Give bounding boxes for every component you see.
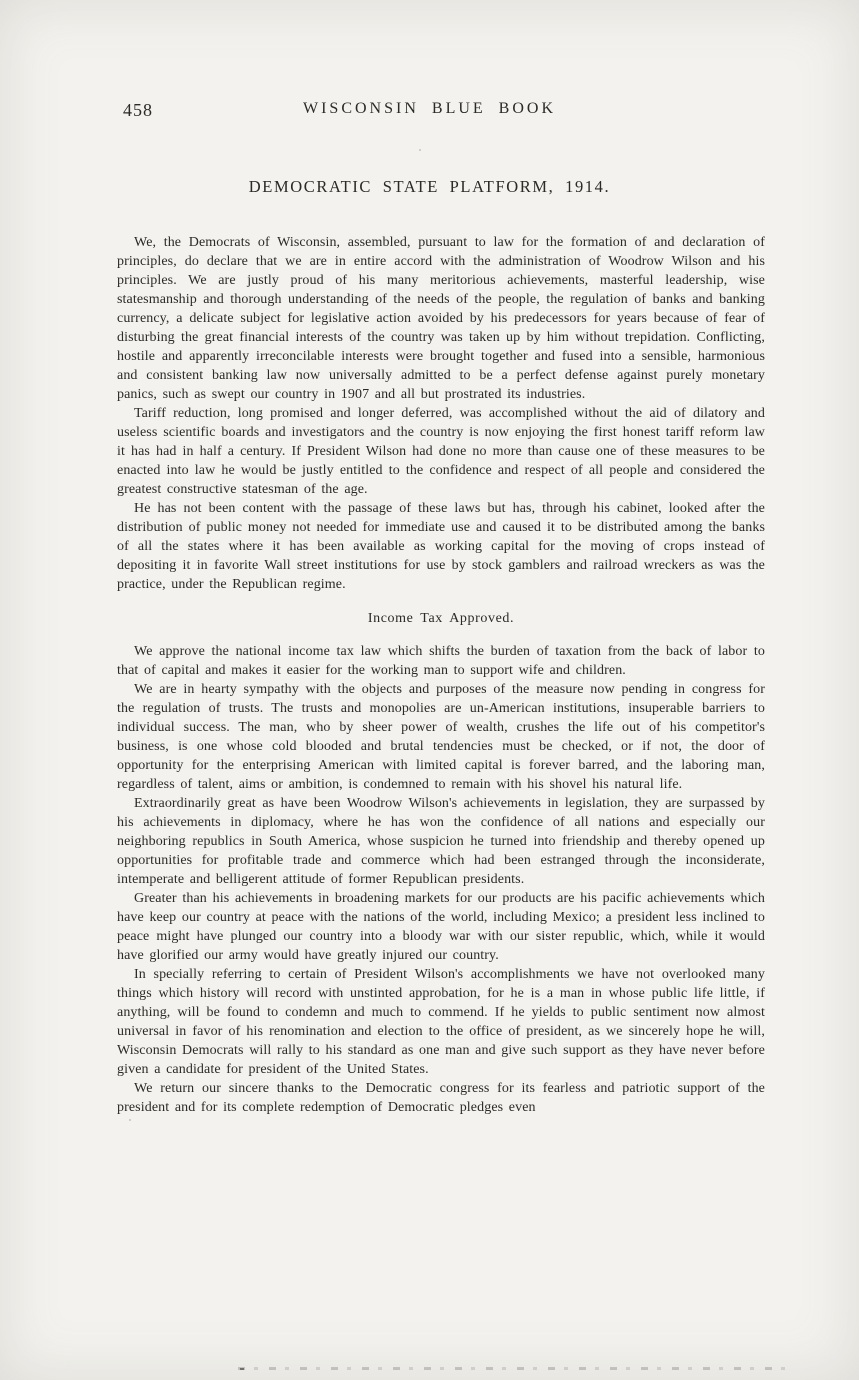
- text-column: We, the Democrats of Wisconsin, assemble…: [117, 233, 765, 1117]
- section-heading: Income Tax Approved.: [117, 611, 765, 627]
- paragraph: Tariff reduction, long promised and long…: [117, 404, 765, 499]
- paragraph: We, the Democrats of Wisconsin, assemble…: [117, 233, 765, 404]
- paragraph: Greater than his achievements in broaden…: [117, 889, 765, 965]
- paragraph: We are in hearty sympathy with the objec…: [117, 680, 765, 794]
- page-number: 458: [123, 100, 153, 121]
- book-page: 458 WISCONSIN BLUE BOOK DEMOCRATIC STATE…: [0, 0, 859, 1380]
- paragraph: In specially referring to certain of Pre…: [117, 965, 765, 1079]
- paragraph: We approve the national income tax law w…: [117, 642, 765, 680]
- scan-artifact-dot: [240, 1368, 244, 1370]
- scan-artifact-line: [238, 1367, 786, 1370]
- running-head: 458 WISCONSIN BLUE BOOK: [0, 100, 859, 122]
- paragraph: Extraordinarily great as have been Woodr…: [117, 794, 765, 889]
- paragraph: He has not been content with the passage…: [117, 499, 765, 594]
- page-title: DEMOCRATIC STATE PLATFORM, 1914.: [0, 177, 859, 197]
- paragraph: We return our sincere thanks to the Demo…: [117, 1079, 765, 1117]
